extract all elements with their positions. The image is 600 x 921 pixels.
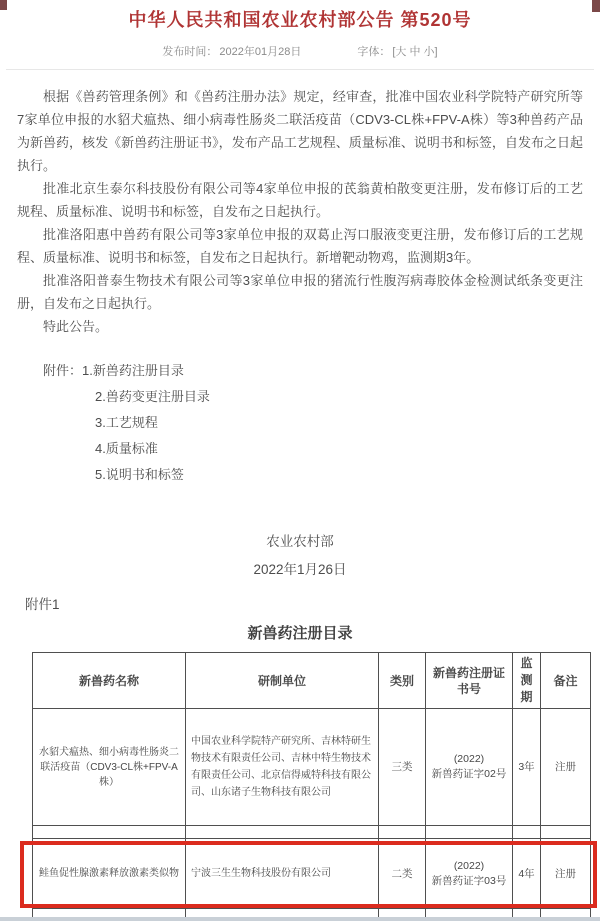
- attachments-label: 附件：: [43, 363, 82, 378]
- signature-block: 农业农村部 2022年1月26日: [0, 528, 600, 584]
- paragraph-change-registration-1: 批准北京生泰尔科技股份有限公司等4家单位申报的芪翁黄柏散变更注册，发布修订后的工…: [17, 177, 583, 223]
- attachment-item: 5.说明书和标签: [17, 462, 583, 488]
- attachment-item: 3.工艺规程: [17, 410, 583, 436]
- meta-row: 发布时间： 2022年01月28日 字体： [大 中 小]: [0, 44, 600, 60]
- font-size-controls[interactable]: [大 中 小]: [392, 44, 437, 60]
- signature-issuer: 农业农村部: [0, 528, 600, 556]
- table-header-row: 新兽药名称 研制单位 类别 新兽药注册证书号 监测期 备注: [33, 653, 591, 709]
- publish-date-group: 发布时间： 2022年01月28日: [162, 44, 301, 60]
- cell-category: 二类: [379, 839, 426, 909]
- cell-developer: 宁波三生生物科技股份有限公司: [186, 839, 379, 909]
- attachments-list: 附件：1.新兽药注册目录 2.兽药变更注册目录 3.工艺规程 4.质量标准 5.…: [0, 358, 600, 514]
- paragraph-change-registration-3: 批准洛阳普泰生物技术有限公司等3家单位申报的猪流行性腹泻病毒胶体金检测试纸条变更…: [17, 269, 583, 315]
- screenshot-corner-artifact-left: [0, 0, 7, 10]
- col-header-monitoring-period: 监测期: [513, 653, 541, 709]
- page-title: 中华人民共和国农业农村部公告 第520号: [0, 0, 600, 31]
- paragraph-approval-new-drugs: 根据《兽药管理条例》和《兽药注册办法》规定，经审查，批准中国农业科学院特产研究所…: [17, 85, 583, 177]
- table-row: 水貂犬瘟热、细小病毒性肠炎二联活疫苗（CDV3-CL株+FPV-A株） 中国农业…: [33, 709, 591, 826]
- cell-cert-number: (2022) 新兽药证字03号: [426, 839, 513, 909]
- attachment-item: 1.新兽药注册目录: [82, 363, 184, 378]
- cell-monitoring-period: 3年: [513, 709, 541, 826]
- paragraph-change-registration-2: 批准洛阳惠中兽药有限公司等3家单位申报的双葛止泻口服液变更注册，发布修订后的工艺…: [17, 223, 583, 269]
- screenshot-corner-artifact-right: [592, 0, 600, 12]
- col-header-category: 类别: [379, 653, 426, 709]
- attachment-line-1: 附件：1.新兽药注册目录: [17, 358, 583, 384]
- font-size-group: 字体： [大 中 小]: [357, 44, 437, 60]
- cell-cert-number: (2022) 新兽药证字02号: [426, 709, 513, 826]
- header-divider: [6, 69, 594, 70]
- cell-drug-name: 鲑鱼促性腺激素释放激素类似物: [33, 839, 186, 909]
- appendix-label: 附件1: [25, 596, 600, 614]
- paragraph-closing: 特此公告。: [17, 315, 583, 338]
- announcement-body: 根据《兽药管理条例》和《兽药注册办法》规定，经审查，批准中国农业科学院特产研究所…: [0, 85, 600, 338]
- font-size-label: 字体：: [357, 44, 390, 60]
- screenshot-bottom-edge: [0, 917, 600, 921]
- col-header-developer: 研制单位: [186, 653, 379, 709]
- cell-category: 三类: [379, 709, 426, 826]
- table-spacer-row: [33, 826, 591, 839]
- announcement-page: 中华人民共和国农业农村部公告 第520号 发布时间： 2022年01月28日 字…: [0, 0, 600, 921]
- attachment-item: 2.兽药变更注册目录: [17, 384, 583, 410]
- cell-drug-name: 水貂犬瘟热、细小病毒性肠炎二联活疫苗（CDV3-CL株+FPV-A株）: [33, 709, 186, 826]
- cell-developer: 中国农业科学院特产研究所、吉林特研生物技术有限责任公司、吉林中特生物技术有限责任…: [186, 709, 379, 826]
- registry-table: 新兽药名称 研制单位 类别 新兽药注册证书号 监测期 备注 水貂犬瘟热、细小病毒…: [32, 652, 591, 921]
- col-header-remark: 备注: [541, 653, 591, 709]
- publish-date-label: 发布时间：: [162, 44, 217, 60]
- cell-remark: 注册: [541, 709, 591, 826]
- signature-date: 2022年1月26日: [0, 556, 600, 584]
- publish-date-value: 2022年01月28日: [219, 44, 301, 60]
- col-header-drug-name: 新兽药名称: [33, 653, 186, 709]
- cell-monitoring-period: 4年: [513, 839, 541, 909]
- col-header-cert-number: 新兽药注册证书号: [426, 653, 513, 709]
- table-title: 新兽药注册目录: [0, 624, 600, 644]
- cell-remark: 注册: [541, 839, 591, 909]
- table-row-highlighted: 鲑鱼促性腺激素释放激素类似物 宁波三生生物科技股份有限公司 二类 (2022) …: [33, 839, 591, 909]
- attachment-item: 4.质量标准: [17, 436, 583, 462]
